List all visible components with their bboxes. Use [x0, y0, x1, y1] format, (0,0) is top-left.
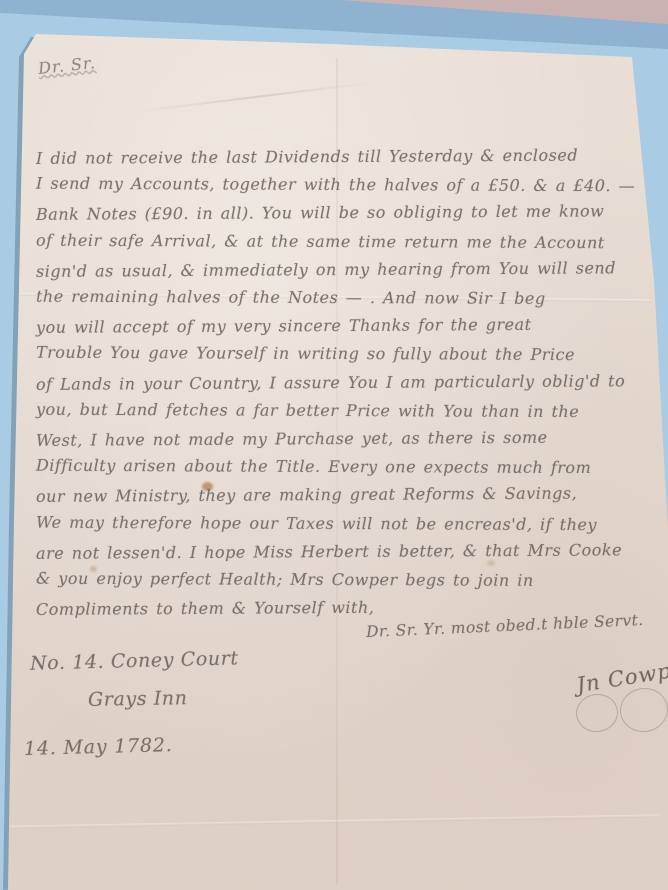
address-line: Grays Inn [88, 687, 188, 711]
letter-line: you will accept of my very sincere Thank… [36, 310, 644, 342]
letter-line: I send my Accounts, together with the ha… [36, 170, 644, 201]
letter-line: Bank Notes (£90. in all). You will be so… [36, 198, 644, 230]
letter-line: Difficulty arisen about the Title. Every… [36, 452, 644, 483]
letter-line: West, I have not made my Purchase yet, a… [36, 423, 644, 455]
letter-body: I did not receive the last Dividends til… [36, 143, 644, 622]
letter-date: 14. May 1782. [24, 734, 173, 760]
letter-line: are not lessen'd. I hope Miss Herbert is… [36, 536, 644, 568]
letter-line: of Lands in your Country, I assure You I… [36, 367, 644, 399]
letter-line: sign'd as usual, & immediately on my hea… [36, 254, 644, 286]
letter-line: of their safe Arrival, & at the same tim… [36, 226, 644, 257]
letter-line: you, but Land fetches a far better Price… [36, 396, 644, 427]
letter-line: & you enjoy perfect Health; Mrs Cowper b… [36, 565, 644, 596]
letter-line: We may therefore hope our Taxes will not… [36, 508, 644, 539]
letter-line: Trouble You gave Yourself in writing so … [36, 339, 644, 370]
letter-line: I did not receive the last Dividends til… [36, 141, 644, 173]
letter-line: the remaining halves of the Notes — . An… [36, 283, 644, 314]
letter-line: our new Ministry, they are making great … [36, 480, 644, 512]
letter-photograph: Dr. Sr. I did not receive the last Divid… [0, 0, 668, 890]
